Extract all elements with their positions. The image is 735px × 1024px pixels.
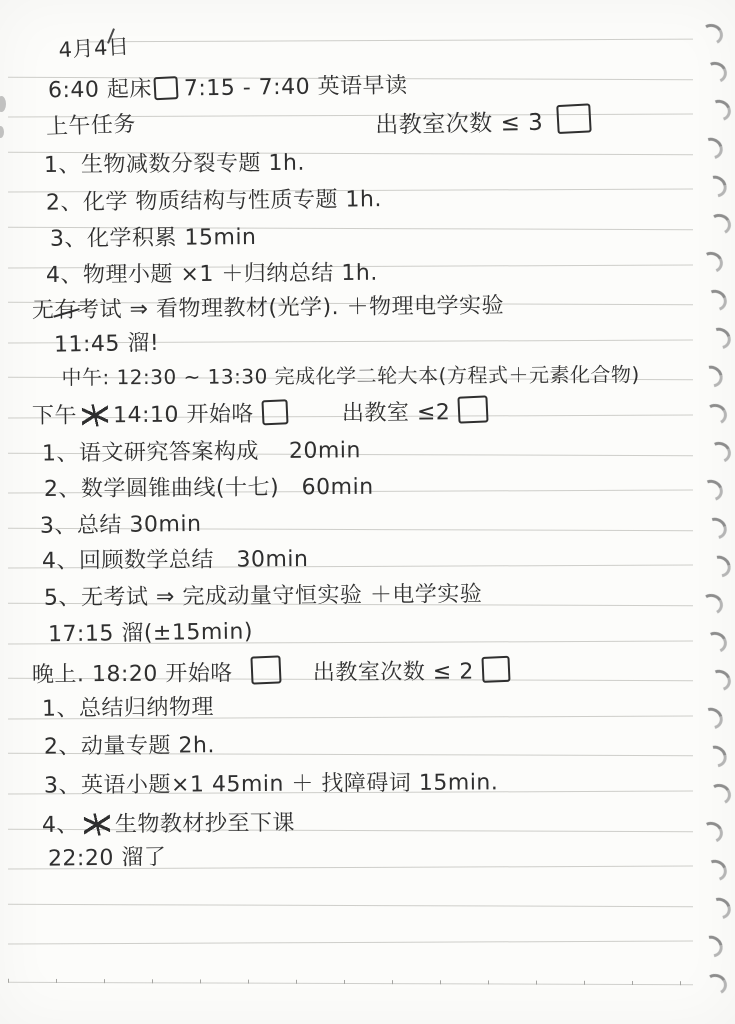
binding-hole-shadow bbox=[704, 894, 734, 924]
binding-hole-shadow bbox=[702, 402, 729, 428]
ruled-line bbox=[85, 39, 693, 43]
torn-edge-mark bbox=[0, 96, 6, 112]
checkbox-icon bbox=[458, 396, 489, 424]
classroom-rule-text: 出教室次数 ≤ 3 bbox=[375, 109, 543, 138]
binding-hole-shadow bbox=[700, 741, 731, 771]
checkbox-icon bbox=[250, 656, 281, 685]
binding-hole-shadow bbox=[701, 629, 730, 656]
binding-hole-shadow bbox=[701, 856, 731, 885]
binding-hole-shadow bbox=[696, 704, 726, 734]
binding-hole-shadow bbox=[697, 819, 726, 846]
binding-hole-shadow bbox=[697, 476, 727, 505]
binding-hole-shadow bbox=[706, 782, 733, 808]
binding-hole-shadow bbox=[696, 931, 727, 961]
ruled-line bbox=[8, 941, 693, 945]
end-time-text: 22:20 溜了 bbox=[48, 845, 167, 872]
binding-hole-shadow bbox=[698, 22, 725, 48]
binding-hole-shadow bbox=[698, 592, 725, 618]
ruled-line bbox=[8, 979, 693, 985]
notebook-page: 4月4日 6:40 起床7:15 - 7:40 英语早读 上午任务 出教室次数 … bbox=[0, 0, 735, 1024]
checkbox-icon bbox=[153, 76, 178, 100]
binding-hole-shadow bbox=[700, 171, 731, 201]
classroom-rule-evening-text: 出教室次数 ≤ 2 bbox=[313, 660, 474, 686]
torn-edge-mark bbox=[0, 126, 4, 138]
binding-hole-shadow bbox=[700, 514, 730, 544]
binding-hole-shadow bbox=[705, 439, 734, 466]
binding-hole-shadow bbox=[704, 551, 735, 581]
ruled-line bbox=[8, 904, 693, 907]
binding-hole-shadow bbox=[696, 134, 726, 164]
binding-hole-shadow bbox=[706, 212, 733, 238]
classroom-rule-morning: 出教室次数 ≤ 3 bbox=[343, 76, 600, 168]
binding-hole-shadow bbox=[702, 972, 729, 998]
end-of-day-line: 22:20 溜了 bbox=[17, 819, 166, 900]
checkbox-icon bbox=[556, 103, 591, 134]
binding-hole-shadow bbox=[697, 249, 726, 276]
binding-hole-shadow bbox=[696, 361, 727, 391]
binding-hole-shadow bbox=[704, 324, 734, 354]
binding-hole-shadow bbox=[705, 96, 735, 125]
binding-hole-shadow bbox=[701, 286, 731, 315]
binding-hole-shadow bbox=[701, 59, 730, 86]
checkbox-icon bbox=[481, 656, 510, 683]
binding-hole-shadow bbox=[705, 666, 735, 695]
